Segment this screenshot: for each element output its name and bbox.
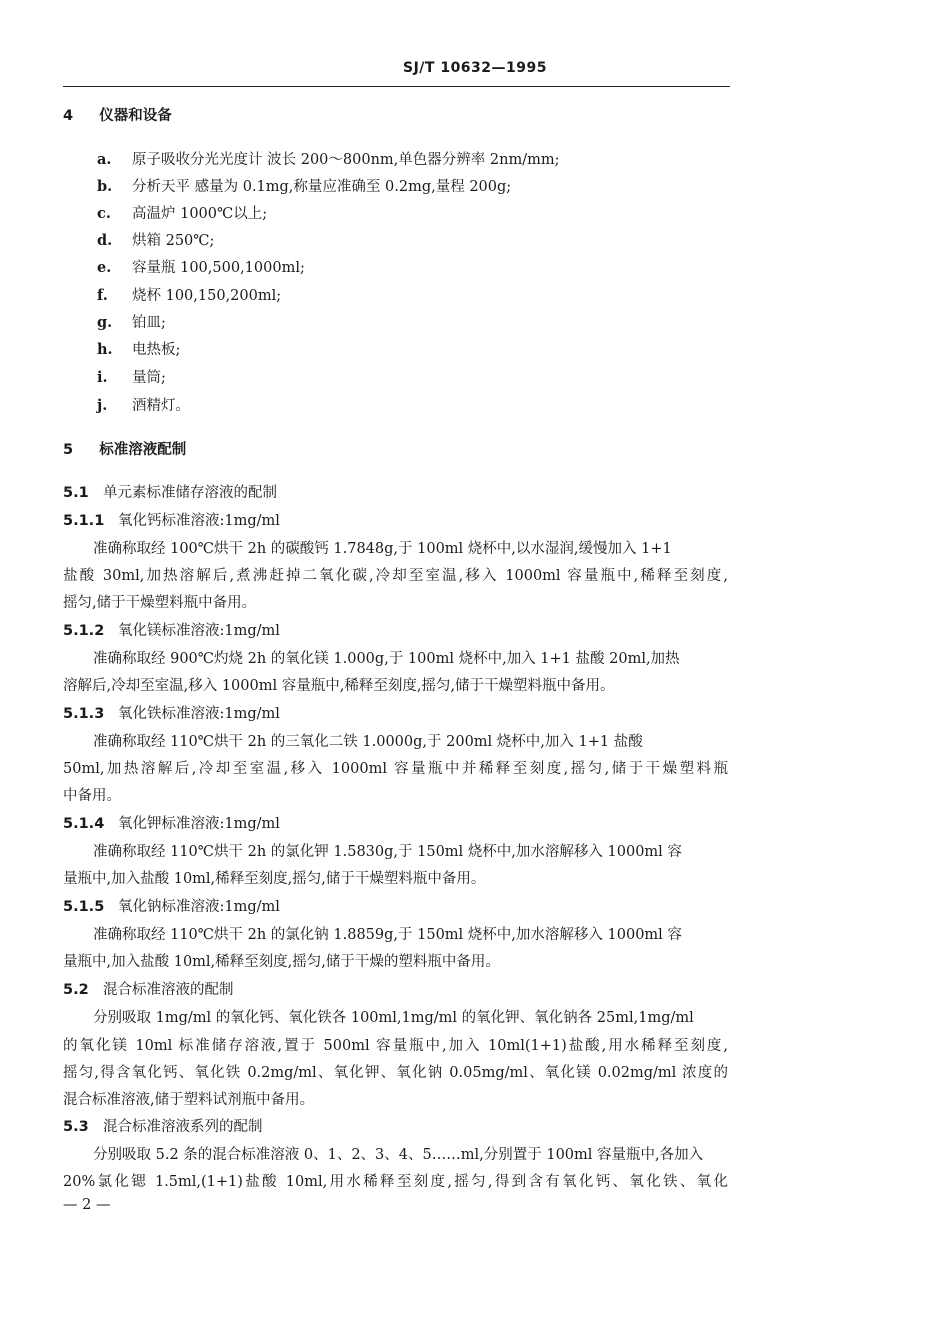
section-4-heading: 4 仪器和设备: [63, 107, 172, 125]
equipment-item: e.容量瓶 100,500,1000ml;: [97, 259, 305, 277]
subsection-5-1-5-heading: 5.1.5氧化钠标准溶液:1mg/ml: [63, 898, 280, 916]
item-text: 酒精灯。: [132, 398, 190, 414]
paragraph-line: 准确称取经 110℃烘干 2h 的氯化钾 1.5830g,于 150ml 烧杯中…: [93, 843, 682, 861]
item-text: 容量瓶 100,500,1000ml;: [132, 260, 305, 276]
paragraph-line: 摇匀,储于干燥塑料瓶中备用。: [63, 594, 256, 612]
standard-code-header: SJ/T 10632—1995: [0, 60, 950, 76]
paragraph-line: 溶解后,冷却至室温,移入 1000ml 容量瓶中,稀释至刻度,摇匀,储于干燥塑料…: [63, 677, 615, 695]
section-5-heading: 5 标准溶液配制: [63, 441, 186, 459]
subsection-title: 氧化钾标准溶液:1mg/ml: [118, 816, 280, 832]
paragraph-line: 的氧化镁 10ml 标准储存溶液,置于 500ml 容量瓶中,加入 10ml(1…: [63, 1037, 728, 1055]
item-text: 铂皿;: [132, 315, 166, 331]
equipment-item: d.烘箱 250℃;: [97, 232, 214, 250]
item-letter: i.: [97, 369, 132, 387]
item-letter: g.: [97, 314, 132, 332]
subsection-5-1-4-heading: 5.1.4氧化钾标准溶液:1mg/ml: [63, 815, 280, 833]
subsection-number: 5.3: [63, 1118, 103, 1136]
subsection-title: 氧化铁标准溶液:1mg/ml: [118, 706, 280, 722]
equipment-item: h.电热板;: [97, 341, 180, 359]
section-title: 标准溶液配制: [99, 442, 186, 458]
subsection-title: 氧化钙标准溶液:1mg/ml: [118, 513, 280, 529]
equipment-item: i.量筒;: [97, 369, 166, 387]
paragraph-line: 准确称取经 110℃烘干 2h 的三氧化二铁 1.0000g,于 200ml 烧…: [93, 733, 643, 751]
paragraph-line: 准确称取经 110℃烘干 2h 的氯化钠 1.8859g,于 150ml 烧杯中…: [93, 926, 682, 944]
subsection-5-1-2-heading: 5.1.2氧化镁标准溶液:1mg/ml: [63, 622, 280, 640]
item-letter: a.: [97, 151, 132, 169]
item-text: 原子吸收分光光度计 波长 200～800nm,单色器分辨率 2nm/mm;: [132, 152, 559, 168]
section-title: 仪器和设备: [99, 108, 172, 124]
item-text: 量筒;: [132, 370, 166, 386]
item-letter: c.: [97, 205, 132, 223]
equipment-item: a.原子吸收分光光度计 波长 200～800nm,单色器分辨率 2nm/mm;: [97, 151, 559, 169]
subsection-number: 5.1.4: [63, 815, 118, 833]
subsection-5-3-heading: 5.3混合标准溶液系列的配制: [63, 1118, 263, 1136]
subsection-5-2-heading: 5.2混合标准溶液的配制: [63, 981, 234, 999]
item-text: 烧杯 100,150,200ml;: [132, 288, 281, 304]
paragraph-line: 50ml,加热溶解后,冷却至室温,移入 1000ml 容量瓶中并稀释至刻度,摇匀…: [63, 760, 728, 778]
item-text: 分析天平 感量为 0.1mg,称量应准确至 0.2mg,量程 200g;: [132, 179, 511, 195]
subsection-number: 5.1: [63, 484, 103, 502]
subsection-title: 氧化镁标准溶液:1mg/ml: [118, 623, 280, 639]
paragraph-line: 准确称取经 100℃烘干 2h 的碳酸钙 1.7848g,于 100ml 烧杯中…: [93, 540, 672, 558]
item-letter: e.: [97, 259, 132, 277]
subsection-number: 5.1.2: [63, 622, 118, 640]
item-letter: j.: [97, 397, 132, 415]
paragraph-line: 准确称取经 900℃灼烧 2h 的氧化镁 1.000g,于 100ml 烧杯中,…: [93, 650, 680, 668]
subsection-number: 5.2: [63, 981, 103, 999]
item-text: 烘箱 250℃;: [132, 233, 214, 249]
item-text: 高温炉 1000℃以上;: [132, 206, 267, 222]
paragraph-line: 分别吸取 5.2 条的混合标准溶液 0、1、2、3、4、5……ml,分别置于 1…: [93, 1146, 703, 1164]
paragraph-line: 混合标准溶液,储于塑料试剂瓶中备用。: [63, 1091, 314, 1109]
subsection-number: 5.1.1: [63, 512, 118, 530]
paragraph-line: 中备用。: [63, 787, 121, 805]
section-number: 5: [63, 442, 73, 458]
paragraph-line: 盐酸 30ml,加热溶解后,煮沸赶掉二氧化碳,冷却至室温,移入 1000ml 容…: [63, 567, 728, 585]
paragraph-line: 量瓶中,加入盐酸 10ml,稀释至刻度,摇匀,储于干燥的塑料瓶中备用。: [63, 953, 500, 971]
paragraph-line: 分别吸取 1mg/ml 的氧化钙、氧化铁各 100ml,1mg/ml 的氧化钾、…: [93, 1009, 694, 1027]
subsection-title: 混合标准溶液的配制: [103, 982, 234, 998]
equipment-item: c.高温炉 1000℃以上;: [97, 205, 267, 223]
section-number: 4: [63, 108, 73, 124]
subsection-number: 5.1.3: [63, 705, 118, 723]
equipment-item: b.分析天平 感量为 0.1mg,称量应准确至 0.2mg,量程 200g;: [97, 178, 511, 196]
subsection-5-1-1-heading: 5.1.1氧化钙标准溶液:1mg/ml: [63, 512, 280, 530]
document-page: SJ/T 10632—1995 4 仪器和设备 a.原子吸收分光光度计 波长 2…: [0, 0, 950, 1344]
item-letter: f.: [97, 287, 132, 305]
item-letter: b.: [97, 178, 132, 196]
header-rule: [63, 86, 730, 87]
equipment-item: f.烧杯 100,150,200ml;: [97, 287, 281, 305]
equipment-item: j.酒精灯。: [97, 397, 190, 415]
subsection-title: 混合标准溶液系列的配制: [103, 1119, 263, 1135]
paragraph-line: 20%氯化锶 1.5ml,(1+1)盐酸 10ml,用水稀释至刻度,摇匀,得到含…: [63, 1173, 728, 1191]
subsection-number: 5.1.5: [63, 898, 118, 916]
subsection-5-1-heading: 5.1单元素标准储存溶液的配制: [63, 484, 277, 502]
item-text: 电热板;: [132, 342, 180, 358]
subsection-title: 单元素标准储存溶液的配制: [103, 485, 277, 501]
paragraph-line: 量瓶中,加入盐酸 10ml,稀释至刻度,摇匀,储于干燥塑料瓶中备用。: [63, 870, 485, 888]
subsection-title: 氧化钠标准溶液:1mg/ml: [118, 899, 280, 915]
item-letter: h.: [97, 341, 132, 359]
page-number: — 2 —: [63, 1197, 110, 1213]
item-letter: d.: [97, 232, 132, 250]
paragraph-line: 摇匀,得含氧化钙、氧化铁 0.2mg/ml、氧化钾、氧化钠 0.05mg/ml、…: [63, 1064, 728, 1082]
equipment-item: g.铂皿;: [97, 314, 166, 332]
subsection-5-1-3-heading: 5.1.3氧化铁标准溶液:1mg/ml: [63, 705, 280, 723]
